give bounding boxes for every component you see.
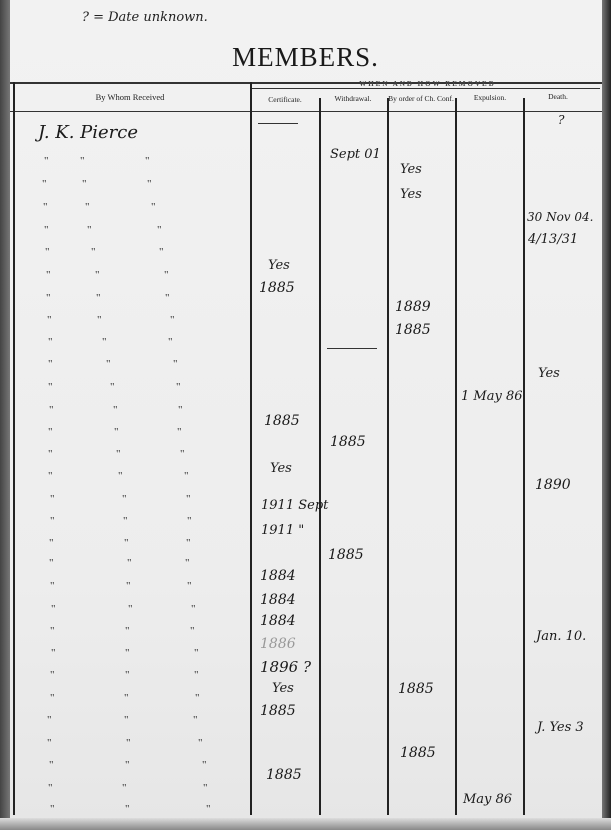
- ditto-mark: ": [180, 448, 185, 460]
- page-bottom-edge: [0, 818, 611, 830]
- ditto-mark: ": [113, 404, 118, 416]
- ditto-mark: ": [50, 580, 55, 592]
- ditto-mark: ": [116, 448, 121, 460]
- ditto-mark: ": [187, 580, 192, 592]
- ditto-mark: ": [97, 314, 102, 326]
- certificate-1885-b: 1885: [264, 413, 300, 429]
- ditto-mark: ": [46, 269, 51, 281]
- ditto-mark: ": [50, 493, 55, 505]
- ditto-mark: ": [91, 246, 96, 258]
- ditto-mark: ": [110, 381, 115, 393]
- withdrawal-dash: [327, 348, 377, 349]
- ditto-mark: ": [194, 647, 199, 659]
- when-how-removed-header: WHEN AND HOW REMOVED: [255, 80, 600, 88]
- ditto-mark: ": [157, 224, 162, 236]
- handwritten-note: ? = Date unknown.: [82, 10, 208, 25]
- ditto-mark: ": [50, 803, 55, 815]
- ditto-mark: ": [198, 737, 203, 749]
- certificate-yes-2: Yes: [270, 461, 292, 476]
- ditto-mark: ": [102, 336, 107, 348]
- ditto-mark: ": [125, 647, 130, 659]
- ditto-mark: ": [51, 647, 56, 659]
- ditto-mark: ": [145, 155, 150, 167]
- death-unknown: ?: [558, 113, 564, 127]
- certificate-dash: [258, 123, 298, 124]
- ditto-mark: ": [49, 557, 54, 569]
- certificate-1885-d: 1885: [266, 767, 302, 783]
- ditto-mark: ": [48, 381, 53, 393]
- ditto-mark: ": [95, 269, 100, 281]
- ditto-mark: ": [125, 625, 130, 637]
- ditto-mark: ": [126, 737, 131, 749]
- page-left-edge: [0, 0, 10, 830]
- ditto-mark: ": [164, 269, 169, 281]
- col-rule-4: [455, 98, 457, 815]
- col-header-expulsion: Expulsion.: [456, 93, 524, 102]
- ditto-mark: ": [202, 759, 207, 771]
- ditto-mark: ": [125, 669, 130, 681]
- ditto-mark: ": [87, 224, 92, 236]
- ditto-mark: ": [206, 803, 211, 815]
- ditto-mark: ": [46, 292, 51, 304]
- ditto-mark: ": [186, 493, 191, 505]
- ditto-mark: ": [176, 381, 181, 393]
- ditto-mark: ": [185, 557, 190, 569]
- ditto-mark: ": [47, 737, 52, 749]
- death-yes-3: J. Yes 3: [537, 720, 584, 735]
- order-1885-b: 1885: [398, 681, 434, 697]
- withdrawal-1885-a: 1885: [330, 434, 366, 450]
- ditto-mark: ": [159, 246, 164, 258]
- ditto-mark: ": [43, 201, 48, 213]
- withdrawal-sept01: Sept 01: [330, 147, 381, 162]
- removed-rule: [250, 88, 600, 89]
- ditto-mark: ": [177, 426, 182, 438]
- ditto-mark: ": [203, 782, 208, 794]
- ditto-mark: ": [49, 537, 54, 549]
- col-header-order: By order of Ch. Conf.: [386, 94, 456, 103]
- death-1890: 1890: [535, 477, 571, 493]
- ditto-mark: ": [48, 470, 53, 482]
- col-header-certificate: Certificate.: [252, 95, 318, 104]
- ditto-mark: ": [50, 515, 55, 527]
- ditto-mark: ": [51, 603, 56, 615]
- ditto-mark: ": [85, 201, 90, 213]
- header-bottom-rule: [10, 111, 602, 112]
- ditto-mark: ": [124, 692, 129, 704]
- ditto-mark: ": [42, 178, 47, 190]
- ditto-mark: ": [47, 314, 52, 326]
- left-margin-rule: [13, 82, 15, 815]
- certificate-1885-a: 1885: [259, 280, 295, 296]
- ditto-mark: ": [50, 692, 55, 704]
- page-title: MEMBERS.: [0, 42, 611, 73]
- expulsion-1may86: 1 May 86: [461, 389, 522, 404]
- ditto-mark: ": [114, 426, 119, 438]
- ditto-mark: ": [48, 336, 53, 348]
- order-yes-1: Yes: [400, 162, 422, 177]
- ditto-mark: ": [48, 358, 53, 370]
- col-rule-2: [319, 98, 321, 815]
- ditto-mark: ": [48, 448, 53, 460]
- ditto-mark: ": [122, 782, 127, 794]
- certificate-yes-3: Yes: [272, 681, 294, 696]
- ditto-mark: ": [124, 714, 129, 726]
- ditto-mark: ": [124, 537, 129, 549]
- ditto-mark: ": [151, 201, 156, 213]
- ditto-mark: ": [123, 515, 128, 527]
- ditto-mark: ": [44, 155, 49, 167]
- col-rule-5: [523, 98, 525, 815]
- ditto-mark: ": [190, 625, 195, 637]
- ditto-mark: ": [49, 404, 54, 416]
- ditto-mark: ": [147, 178, 152, 190]
- ditto-mark: ": [44, 224, 49, 236]
- ditto-mark: ": [122, 493, 127, 505]
- certificate-1884-c: 1884: [260, 613, 296, 629]
- order-1885-c: 1885: [400, 745, 436, 761]
- ditto-mark: ": [184, 470, 189, 482]
- col-header-withdrawal: Withdrawal.: [320, 94, 386, 103]
- certificate-1884-b: 1884: [260, 592, 296, 608]
- ditto-mark: ": [125, 759, 130, 771]
- death-4-13-31: 4/13/31: [528, 232, 578, 247]
- ditto-mark: ": [173, 358, 178, 370]
- ditto-mark: ": [125, 803, 130, 815]
- withdrawal-1885-b: 1885: [328, 547, 364, 563]
- ditto-mark: ": [126, 580, 131, 592]
- order-yes-2: Yes: [400, 187, 422, 202]
- ditto-mark: ": [106, 358, 111, 370]
- certificate-1911-ditto: 1911 ": [261, 523, 304, 538]
- certificate-1911-sept: 1911 Sept: [261, 498, 328, 513]
- ditto-mark: ": [191, 603, 196, 615]
- ditto-mark: ": [193, 714, 198, 726]
- certificate-1896-q: 1896 ?: [260, 658, 311, 676]
- ditto-mark: ": [128, 603, 133, 615]
- certificate-yes-1: Yes: [268, 258, 290, 273]
- order-1889: 1889: [395, 299, 431, 315]
- ditto-mark: ": [165, 292, 170, 304]
- col-rule-3: [387, 98, 389, 815]
- member-name: J. K. Pierce: [38, 122, 138, 143]
- ditto-mark: ": [50, 669, 55, 681]
- ditto-mark: ": [187, 515, 192, 527]
- col-rule-1: [250, 82, 252, 815]
- page-right-edge: [602, 0, 611, 830]
- ditto-mark: ": [194, 669, 199, 681]
- death-30nov04: 30 Nov 04.: [527, 210, 594, 224]
- certificate-1884-a: 1884: [260, 568, 296, 584]
- certificate-1886: 1886: [260, 636, 296, 652]
- col-header-received: By Whom Received: [30, 92, 230, 102]
- ditto-mark: ": [82, 178, 87, 190]
- ditto-mark: ": [168, 336, 173, 348]
- ditto-mark: ": [96, 292, 101, 304]
- ditto-mark: ": [170, 314, 175, 326]
- ditto-mark: ": [47, 714, 52, 726]
- ditto-mark: ": [48, 782, 53, 794]
- ditto-mark: ": [118, 470, 123, 482]
- ditto-mark: ": [195, 692, 200, 704]
- death-jan10: Jan. 10.: [536, 629, 586, 644]
- ditto-mark: ": [49, 759, 54, 771]
- ditto-mark: ": [48, 426, 53, 438]
- expulsion-may86: May 86: [463, 792, 512, 807]
- death-yes: Yes: [538, 366, 560, 381]
- certificate-1885-c: 1885: [260, 703, 296, 719]
- ditto-mark: ": [50, 625, 55, 637]
- ditto-mark: ": [127, 557, 132, 569]
- ditto-mark: ": [80, 155, 85, 167]
- order-1885-a: 1885: [395, 322, 431, 338]
- ditto-mark: ": [178, 404, 183, 416]
- ditto-mark: ": [45, 246, 50, 258]
- col-header-death: Death.: [525, 92, 591, 101]
- ditto-mark: ": [186, 537, 191, 549]
